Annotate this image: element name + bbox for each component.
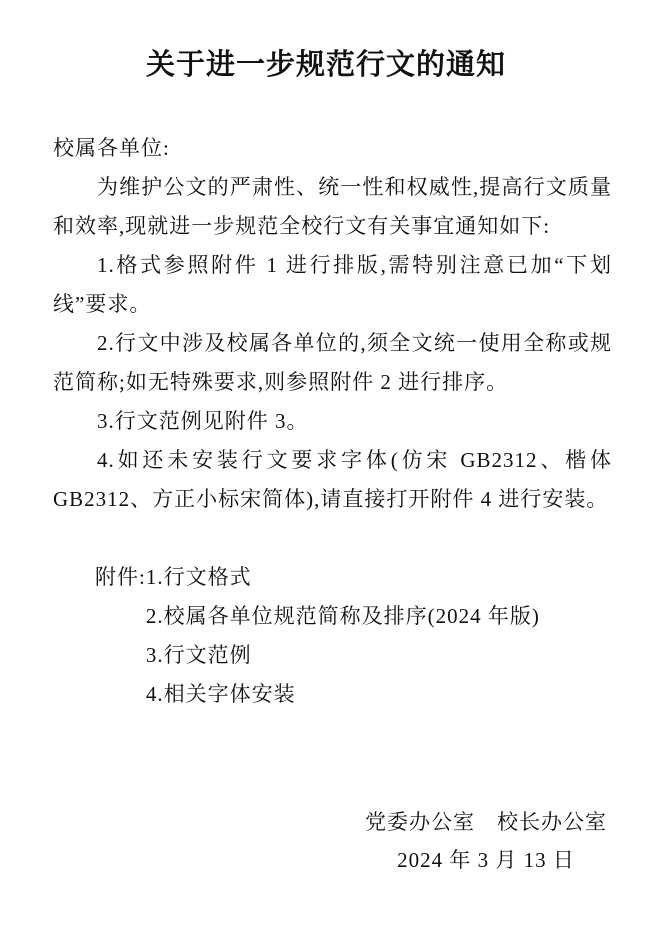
document-title: 关于进一步规范行文的通知 [0,0,652,85]
signature-date: 2024 年 3 月 13 日 [267,841,652,879]
paragraph-item-1: 1.格式参照附件 1 进行排版,需特别注意已加“下划线”要求。 [53,246,612,324]
attachments-list: 1.行文格式 2.校属各单位规范简称及排序(2024 年版) 3.行文范例 4.… [146,558,612,714]
attachments-block: 附件: 1.行文格式 2.校属各单位规范简称及排序(2024 年版) 3.行文范… [95,558,612,714]
paragraph-item-2: 2.行文中涉及校属各单位的,须全文统一使用全称或规范简称;如无特殊要求,则参照附… [53,324,612,402]
document-body: 校属各单位: 为维护公文的严肃性、统一性和权威性,提高行文质量和效率,现就进一步… [53,129,612,879]
paragraph-intro: 为维护公文的严肃性、统一性和权威性,提高行文质量和效率,现就进一步规范全校行文有… [53,168,612,246]
signature-block: 党委办公室 校长办公室 2024 年 3 月 13 日 [267,803,652,879]
attachment-item-4: 4.相关字体安装 [146,675,612,714]
paragraph-item-4: 4.如还未安装行文要求字体(仿宋 GB2312、楷体 GB2312、方正小标宋简… [53,441,612,519]
document-page: 关于进一步规范行文的通知 校属各单位: 为维护公文的严肃性、统一性和权威性,提高… [0,0,652,932]
paragraph-item-3: 3.行文范例见附件 3。 [53,402,612,441]
salutation: 校属各单位: [53,129,612,168]
signature-orgs: 党委办公室 校长办公室 [267,803,652,841]
attachments-label: 附件: [95,558,146,597]
attachment-item-3: 3.行文范例 [146,636,612,675]
attachment-item-2: 2.校属各单位规范简称及排序(2024 年版) [146,597,612,636]
attachment-item-1: 1.行文格式 [146,558,612,597]
